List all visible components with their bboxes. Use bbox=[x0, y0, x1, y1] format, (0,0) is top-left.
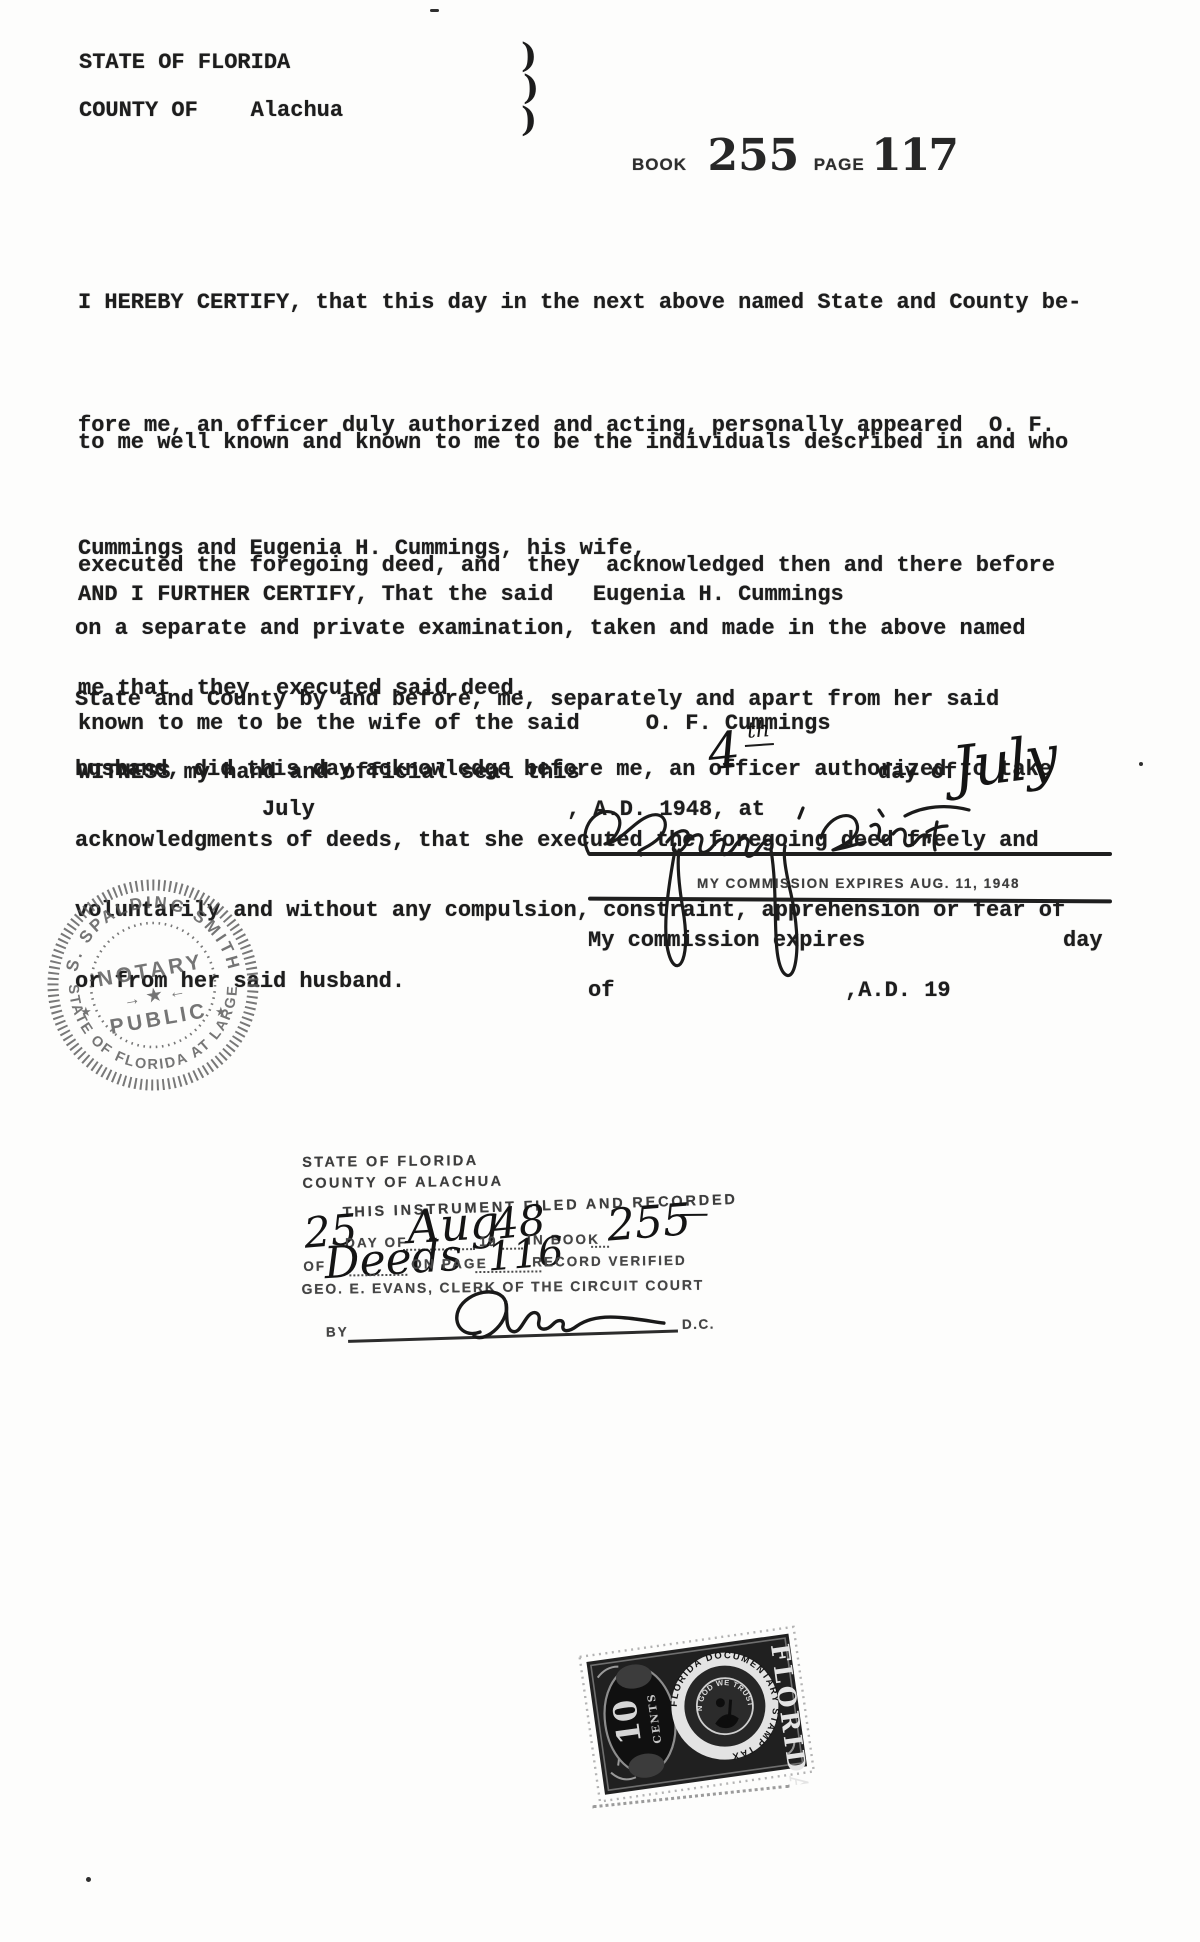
commission-expires-line: My commission expires bbox=[588, 928, 865, 953]
examination-line: State and County by and before, me, sepa… bbox=[75, 688, 1065, 712]
filing-dash: — bbox=[679, 1196, 709, 1231]
notary-seal: S. SPALDING SMITH STATE OF FLORIDA AT LA… bbox=[42, 874, 264, 1096]
commission-day-label: day bbox=[1063, 928, 1103, 953]
book-label: BOOK bbox=[632, 155, 687, 174]
page-label: PAGE bbox=[814, 155, 865, 174]
scanned-notary-acknowledgment-page: { "doc": { "header": { "state": "STATE O… bbox=[0, 0, 1200, 1942]
scan-speck bbox=[864, 424, 867, 437]
florida-documentary-tax-stamp: 10 CENTS FLORIDA DOCUMENTARY STAMP TAX I… bbox=[576, 1619, 821, 1813]
handwritten-day-number: 4 bbox=[705, 720, 743, 781]
seal-star-right: ★ bbox=[215, 1004, 227, 1019]
deputy-clerk-signature bbox=[445, 1278, 696, 1351]
book-page-stamp: BOOK 255 PAGE 117 bbox=[632, 130, 957, 181]
certify-line: I HEREBY CERTIFY, that this day in the n… bbox=[78, 282, 1081, 323]
venue-state-line: STATE OF FLORIDA bbox=[79, 50, 290, 75]
filing-county-line: COUNTY OF ALACHUA bbox=[302, 1174, 503, 1192]
commission-expiry-stamp: MY COMMISSION EXPIRES AUG. 11, 1948 bbox=[697, 876, 1020, 891]
scan-speck bbox=[430, 9, 439, 12]
venue-bracket-3: ) bbox=[521, 100, 537, 140]
scan-speck bbox=[1139, 762, 1143, 766]
filing-leader-deeds bbox=[349, 1273, 407, 1277]
filing-by-label: BY bbox=[326, 1324, 349, 1339]
stamp-value-number: 10 bbox=[605, 1697, 649, 1746]
witness-line-prefix: WITNESS my hand and official seal this bbox=[78, 760, 580, 785]
commission-of-label: of bbox=[588, 978, 614, 1003]
day-of-label: day of bbox=[878, 760, 957, 785]
seal-hatched-ring bbox=[53, 885, 253, 1085]
handwritten-day-ordinal: th bbox=[743, 717, 774, 747]
commission-ad-blank: ,A.D. 19 bbox=[845, 978, 951, 1003]
page-number: 117 bbox=[871, 130, 957, 181]
filing-state-line: STATE OF FLORIDA bbox=[302, 1153, 479, 1171]
handwritten-month: July bbox=[948, 722, 1059, 802]
county-value: Alachua bbox=[251, 98, 343, 123]
filing-leader-book bbox=[591, 1245, 609, 1248]
signature-rule-top bbox=[588, 852, 1112, 856]
seal-star-left: ★ bbox=[80, 1004, 92, 1019]
seal-notary-text: NOTARY bbox=[96, 950, 206, 991]
book-number: 255 bbox=[707, 130, 799, 181]
known-line: to me well known and known to me to be t… bbox=[78, 422, 1068, 463]
scan-speck bbox=[86, 1877, 91, 1882]
typed-month: July bbox=[262, 797, 315, 822]
filing-of-label: OF bbox=[303, 1259, 326, 1274]
county-gap bbox=[198, 98, 251, 123]
examination-line: on a separate and private examination, t… bbox=[75, 617, 1065, 641]
notary-signature bbox=[575, 798, 975, 993]
filing-record-verified: RECORD VERIFIED bbox=[532, 1253, 687, 1270]
venue-county-line: COUNTY OF Alachua bbox=[79, 98, 343, 123]
county-label: COUNTY OF bbox=[79, 98, 198, 123]
